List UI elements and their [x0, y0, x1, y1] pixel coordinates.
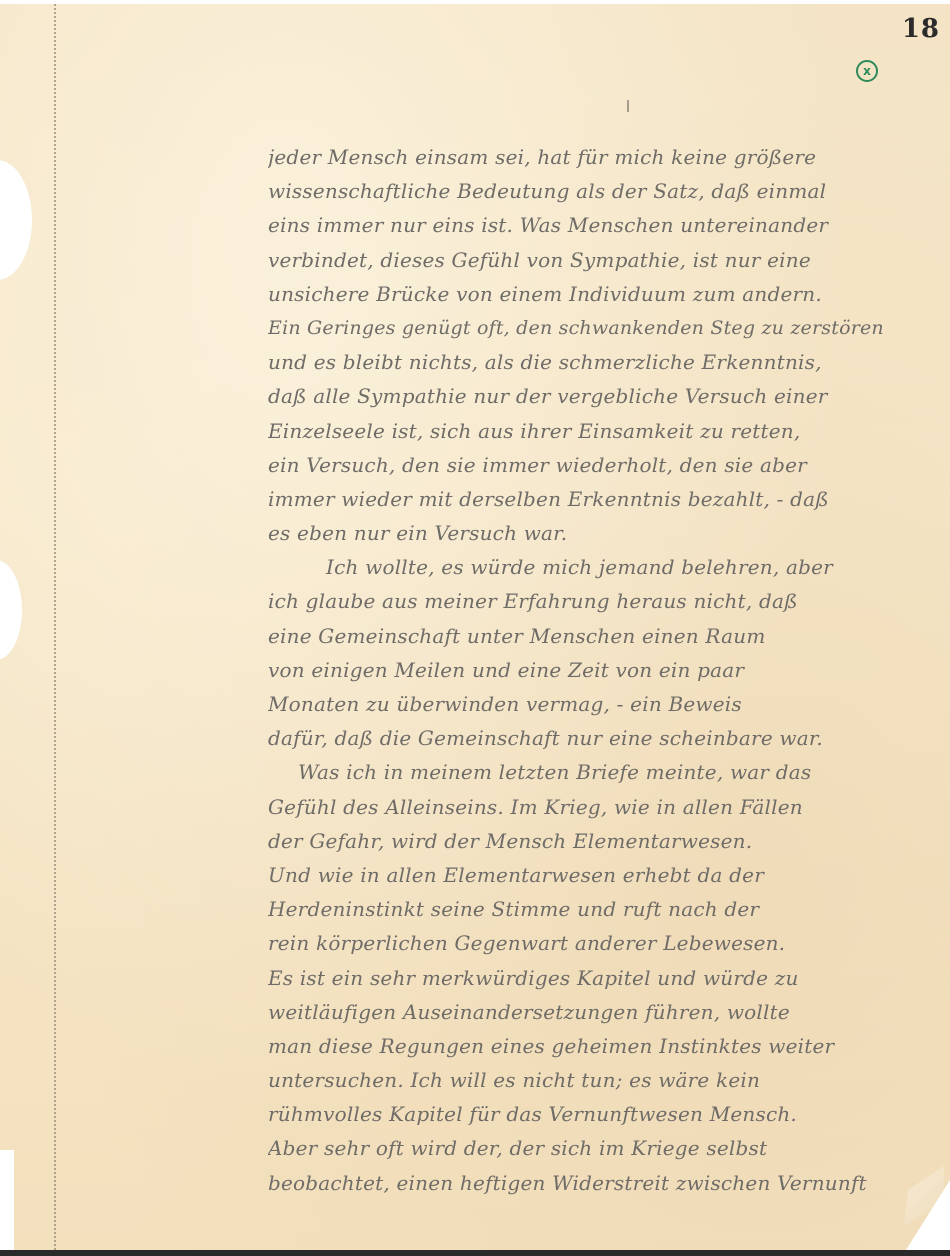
text-line: Aber sehr oft wird der, der sich im Krie…: [268, 1131, 948, 1165]
text-line: jeder Mensch einsam sei, hat für mich ke…: [268, 140, 948, 174]
scan-bottom-edge: [0, 1250, 950, 1256]
paragraph-start-line: Was ich in meinem letzten Briefe meinte,…: [268, 755, 948, 789]
text-line: immer wieder mit derselben Erkenntnis be…: [268, 482, 948, 516]
text-line: und es bleibt nichts, als die schmerzlic…: [268, 345, 948, 379]
text-line: Es ist ein sehr merkwürdiges Kapitel und…: [268, 961, 948, 995]
text-line: Monaten zu überwinden vermag, - ein Bewe…: [268, 687, 948, 721]
text-line: beobachtet, einen heftigen Widerstreit z…: [268, 1166, 948, 1200]
text-line: eine Gemeinschaft unter Menschen einen R…: [268, 619, 948, 653]
paper-margin: [0, 1150, 14, 1256]
text-line: es eben nur ein Versuch war.: [268, 516, 948, 550]
text-line: untersuchen. Ich will es nicht tun; es w…: [268, 1063, 948, 1097]
text-line: rühmvolles Kapitel für das Vernunftwesen…: [268, 1097, 948, 1131]
text-line: Und wie in allen Elementarwesen erhebt d…: [268, 858, 948, 892]
text-line: man diese Regungen eines geheimen Instin…: [268, 1029, 948, 1063]
missing-corner: [906, 1180, 950, 1250]
text-line: dafür, daß die Gemeinschaft nur eine sch…: [268, 721, 948, 755]
scanned-page: 18 x jeder Mensch einsam sei, hat für mi…: [0, 0, 950, 1256]
page-number: 18: [902, 14, 940, 44]
text-line: Ein Geringes genügt oft, den schwankende…: [268, 311, 948, 345]
text-line: unsichere Brücke von einem Individuum zu…: [268, 277, 948, 311]
text-line: weitläufigen Auseinandersetzungen führen…: [268, 995, 948, 1029]
text-line: ich glaube aus meiner Erfahrung heraus n…: [268, 584, 948, 618]
text-line: der Gefahr, wird der Mensch Elementarwes…: [268, 824, 948, 858]
text-line: ein Versuch, den sie immer wiederholt, d…: [268, 448, 948, 482]
paragraph-start-line: Ich wollte, es würde mich jemand belehre…: [268, 550, 948, 584]
perforation-line: [54, 4, 56, 1250]
text-line: eins immer nur eins ist. Was Menschen un…: [268, 208, 948, 242]
text-line: daß alle Sympathie nur der vergebliche V…: [268, 379, 948, 413]
text-line: von einigen Meilen und eine Zeit von ein…: [268, 653, 948, 687]
text-line: Einzelseele ist, sich aus ihrer Einsamke…: [268, 414, 948, 448]
text-line: Herdeninstinkt seine Stimme und ruft nac…: [268, 892, 948, 926]
circled-x-stamp-icon: x: [856, 60, 878, 82]
text-line: Gefühl des Alleinseins. Im Krieg, wie in…: [268, 790, 948, 824]
text-line: verbindet, dieses Gefühl von Sympathie, …: [268, 243, 948, 277]
pencil-mark: [627, 100, 629, 112]
text-line: wissenschaftliche Bedeutung als der Satz…: [268, 174, 948, 208]
text-line: rein körperlichen Gegenwart anderer Lebe…: [268, 926, 948, 960]
handwritten-text: jeder Mensch einsam sei, hat für mich ke…: [268, 140, 948, 1200]
